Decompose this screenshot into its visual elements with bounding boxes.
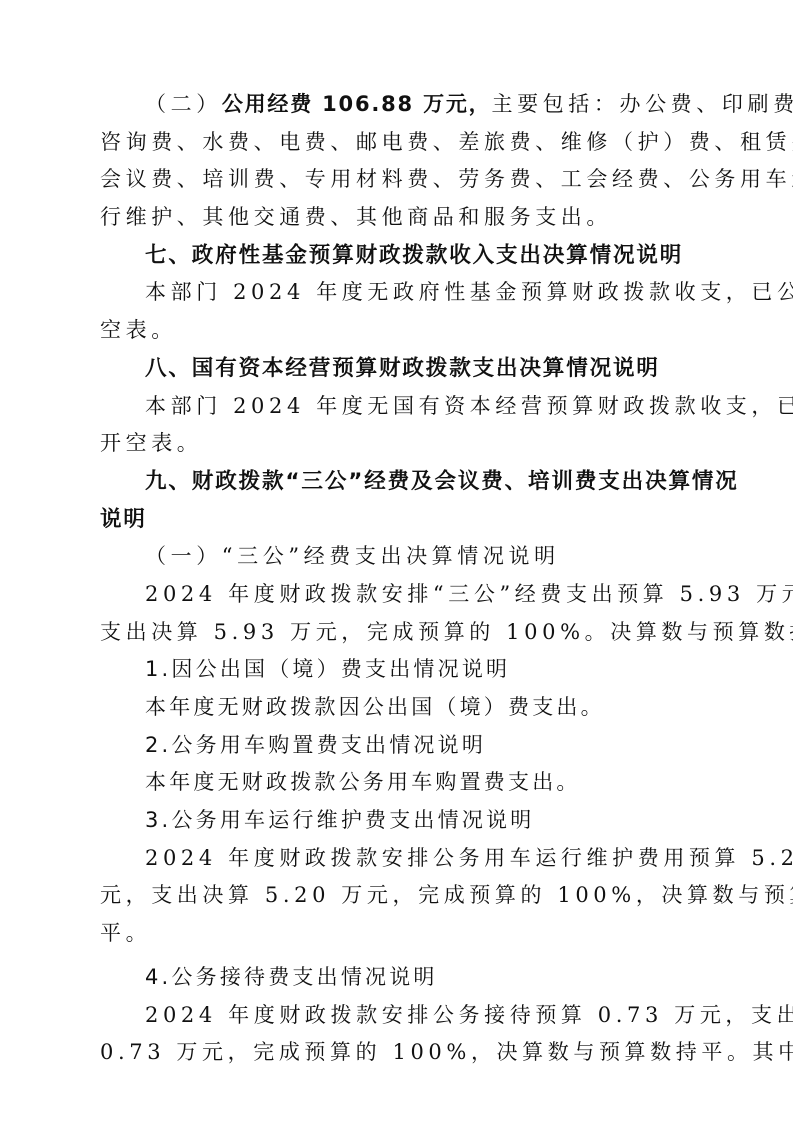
item-4-title: 4.公务接待费支出情况说明	[100, 959, 698, 997]
paragraph-section-8-line-2: 开空表。	[100, 425, 698, 463]
paragraph-public-expenses-line-4: 行维护、其他交通费、其他商品和服务支出。	[100, 199, 698, 237]
heading-section-8: 八、国有资本经营预算财政拨款支出决算情况说明	[100, 350, 698, 388]
paragraph-section-7-line-1: 本部门 2024 年度无政府性基金预算财政拨款收支，已公开	[100, 274, 698, 312]
item-3-body-line-1: 2024 年度财政拨款安排公务用车运行维护费用预算 5.20 万	[100, 840, 698, 878]
heading-section-7: 七、政府性基金预算财政拨款收入支出决算情况说明	[100, 237, 698, 275]
item-1-body: 本年度无财政拨款因公出国（境）费支出。	[100, 689, 698, 727]
paragraph-section-8-line-1: 本部门 2024 年度无国有资本经营预算财政拨款收支，已公	[100, 388, 698, 426]
item-3-title: 3.公务用车运行维护费支出情况说明	[100, 802, 698, 840]
item-3-body-line-2: 元，支出决算 5.20 万元，完成预算的 100%，决算数与预算数持	[100, 877, 698, 915]
paragraph-public-expenses-line-3: 会议费、培训费、专用材料费、劳务费、工会经费、公务用车运	[100, 161, 698, 199]
item-1-title: 1.因公出国（境）费支出情况说明	[100, 651, 698, 689]
paragraph-public-expenses-line-1: （二）公用经费 106.88 万元，主要包括：办公费、印刷费、	[100, 86, 698, 124]
public-expenses-rest: 主要包括：办公费、印刷费、	[491, 92, 793, 116]
item-3-body-line-3: 平。	[100, 915, 698, 953]
item-2-title: 2.公务用车购置费支出情况说明	[100, 727, 698, 765]
document-page: （二）公用经费 106.88 万元，主要包括：办公费、印刷费、 咨询费、水费、电…	[100, 86, 698, 1072]
paragraph-public-expenses-line-2: 咨询费、水费、电费、邮电费、差旅费、维修（护）费、租赁费、	[100, 124, 698, 162]
heading-section-9-line-2: 说明	[100, 501, 698, 539]
public-expenses-amount: 公用经费 106.88 万元，	[222, 92, 492, 116]
paragraph-three-public-line-2: 支出决算 5.93 万元，完成预算的 100%。决算数与预算数持平。	[100, 614, 698, 652]
item-4-body-line-2: 0.73 万元，完成预算的 100%，决算数与预算数持平。其中：	[100, 1034, 698, 1072]
paragraph-section-7-line-2: 空表。	[100, 312, 698, 350]
section-prefix: （二）	[145, 92, 222, 116]
subheading-three-public-expenses: （一）“三公”经费支出决算情况说明	[100, 538, 698, 576]
paragraph-three-public-line-1: 2024 年度财政拨款安排“三公”经费支出预算 5.93 万元，	[100, 576, 698, 614]
heading-section-9-line-1: 九、财政拨款“三公”经费及会议费、培训费支出决算情况	[100, 463, 698, 501]
item-4-body-line-1: 2024 年度财政拨款安排公务接待预算 0.73 万元，支出决算	[100, 997, 698, 1035]
item-2-body: 本年度无财政拨款公务用车购置费支出。	[100, 764, 698, 802]
